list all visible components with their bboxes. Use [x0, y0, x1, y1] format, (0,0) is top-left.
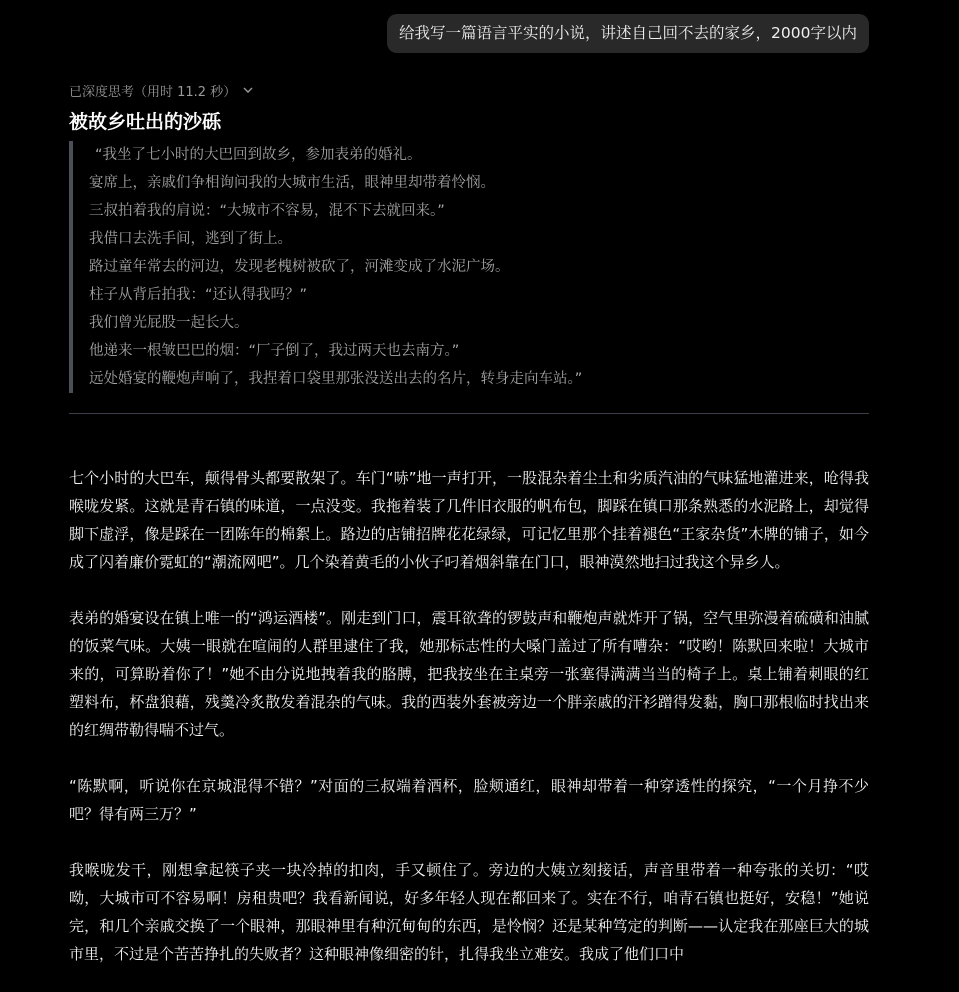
story-paragraph: 七个小时的大巴车，颠得骨头都要散架了。车门“哧”地一声打开，一股混杂着尘土和劣质…: [69, 464, 869, 576]
user-message-row: 给我写一篇语言平实的小说，讲述自己回不去的家乡，2000字以内: [69, 0, 869, 53]
outline-line: 三叔拍着我的肩说：“大城市不容易，混不下去就回来。”: [89, 197, 869, 225]
story-paragraph: 表弟的婚宴设在镇上唯一的“鸿运酒楼”。刚走到门口，震耳欲聋的锣鼓声和鞭炮声就炸开…: [69, 604, 869, 744]
outline-line: 他递来一根皱巴巴的烟：“厂子倒了，我过两天也去南方。”: [89, 337, 869, 365]
outline-line: 远处婚宴的鞭炮声响了，我捏着口袋里那张没送出去的名片，转身走向车站。”: [89, 365, 869, 393]
outline-line: 宴席上，亲戚们争相询问我的大城市生活，眼神里却带着怜悯。: [89, 169, 869, 197]
outline-line: 柱子从背后拍我：“还认得我吗？”: [89, 281, 869, 309]
story-paragraph: “陈默啊，听说你在京城混得不错？”对面的三叔端着酒杯，脸颊通红，眼神却带着一种穿…: [69, 772, 869, 828]
story-paragraph: 我喉咙发干，刚想拿起筷子夹一块冷掉的扣肉，手又顿住了。旁边的大姨立刻接话，声音里…: [69, 856, 869, 968]
outline-line: 路过童年常去的河边，发现老槐树被砍了，河滩变成了水泥广场。: [89, 253, 869, 281]
thinking-toggle[interactable]: 已深度思考（用时 11.2 秒）: [69, 80, 869, 100]
chat-thread: 给我写一篇语言平实的小说，讲述自己回不去的家乡，2000字以内 已深度思考（用时…: [69, 0, 869, 992]
story-title: 被故乡吐出的沙砾: [69, 108, 869, 136]
outline-line: “我坐了七小时的大巴回到故乡，参加表弟的婚礼。: [89, 141, 869, 169]
section-divider: [69, 413, 869, 414]
chevron-down-icon[interactable]: [242, 84, 254, 96]
outline-line: 我借口去洗手间，逃到了街上。: [89, 225, 869, 253]
thinking-label: 已深度思考（用时 11.2 秒）: [69, 81, 236, 100]
outline-blockquote: “我坐了七小时的大巴回到故乡，参加表弟的婚礼。 宴席上，亲戚们争相询问我的大城市…: [69, 141, 869, 393]
story-body: 七个小时的大巴车，颠得骨头都要散架了。车门“哧”地一声打开，一股混杂着尘土和劣质…: [69, 464, 869, 968]
outline-line: 我们曾光屁股一起长大。: [89, 309, 869, 337]
user-message-bubble: 给我写一篇语言平实的小说，讲述自己回不去的家乡，2000字以内: [387, 14, 869, 53]
